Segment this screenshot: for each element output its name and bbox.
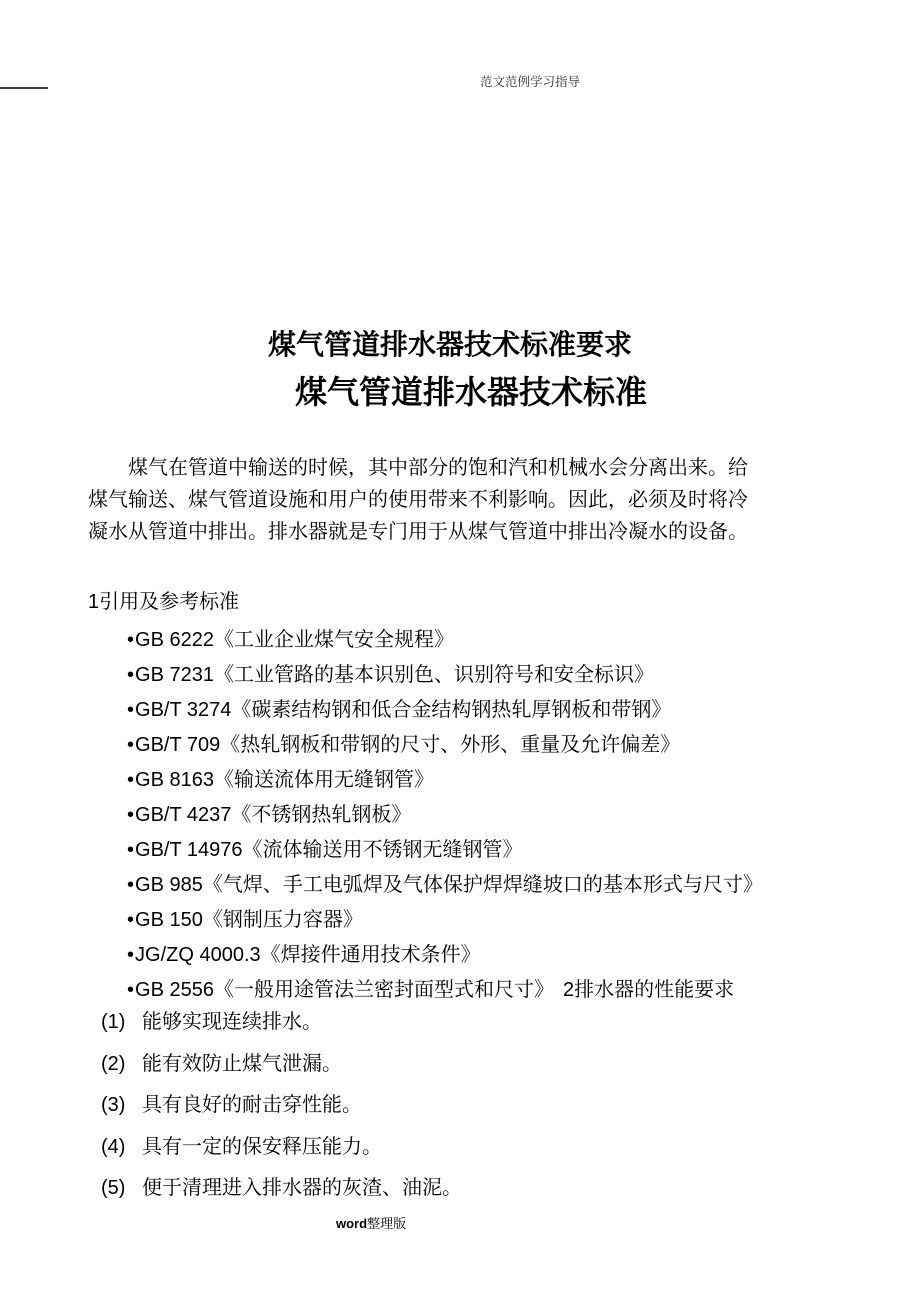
bullet-glyph: • <box>127 664 134 686</box>
requirement-number: (2) <box>101 1046 142 1082</box>
bullet-glyph: • <box>127 979 134 1001</box>
bullet-glyph: • <box>127 734 134 756</box>
standard-list-item: •GB 8163《输送流体用无缝钢管》 <box>127 763 748 798</box>
standard-text: GB 8163《输送流体用无缝钢管》 <box>135 769 434 791</box>
requirement-number: (4) <box>101 1129 142 1165</box>
footer-text: 整理版 <box>367 1216 406 1231</box>
document-title: 煤气管道排水器技术标准要求 <box>120 327 780 363</box>
requirement-text: 具有良好的耐击穿性能。 <box>142 1087 362 1123</box>
standard-list-item: •GB/T 14976《流体输送用不锈钢无缝钢管》 <box>127 833 748 868</box>
requirement-text: 便于清理进入排水器的灰渣、油泥。 <box>142 1170 462 1206</box>
bullet-glyph: • <box>127 769 134 791</box>
intro-paragraph: 煤气在管道中输送的时候，其中部分的饱和汽和机械水会分离出来。给煤气输送、煤气管道… <box>88 452 748 548</box>
requirement-text: 能够实现连续排水。 <box>142 1004 322 1040</box>
standard-list-item: •GB 6222《工业企业煤气安全规程》 <box>127 623 748 658</box>
bullet-glyph: • <box>127 839 134 861</box>
footer-word-label: word <box>336 1216 367 1231</box>
requirement-number: (5) <box>101 1170 142 1206</box>
bullet-glyph: • <box>127 944 134 966</box>
standard-list-item: •GB/T 709《热轧钢板和带钢的尺寸、外形、重量及允许偏差》 <box>127 728 748 763</box>
requirement-list-item: (5)便于清理进入排水器的灰渣、油泥。 <box>101 1170 748 1206</box>
standard-list-item: •GB/T 4237《不锈钢热轧钢板》 <box>127 798 748 833</box>
page-footer: word整理版 <box>336 1216 406 1232</box>
requirement-text: 具有一定的保安释压能力。 <box>142 1129 382 1165</box>
document-subtitle: 煤气管道排水器技术标准 <box>141 370 801 414</box>
document-page: { "page_header": { "text": "范文范例学习指导" },… <box>0 0 920 1303</box>
requirement-list-item: (1)能够实现连续排水。 <box>101 1004 748 1040</box>
bullet-glyph: • <box>127 629 134 651</box>
standard-text: GB 150《钢制压力容器》 <box>135 909 363 931</box>
standard-list-item: •GB 985《气焊、手工电弧焊及气体保护焊焊缝坡口的基本形式与尺寸》 <box>127 868 748 903</box>
standard-text: GB/T 709《热轧钢板和带钢的尺寸、外形、重量及允许偏差》 <box>135 734 680 756</box>
standard-text: GB 2556《一般用途管法兰密封面型式和尺寸》 <box>135 979 554 1001</box>
requirement-list-item: (2)能有效防止煤气泄漏。 <box>101 1046 748 1082</box>
standard-text: GB 7231《工业管路的基本识别色、识别符号和安全标识》 <box>135 664 654 686</box>
standard-list-item: •JG/ZQ 4000.3《焊接件通用技术条件》 <box>127 938 748 973</box>
standard-text: GB 985《气焊、手工电弧焊及气体保护焊焊缝坡口的基本形式与尺寸》 <box>135 874 763 896</box>
standard-list-item: •GB 150《钢制压力容器》 <box>127 903 748 938</box>
requirement-number: (3) <box>101 1087 142 1123</box>
standard-text: GB/T 3274《碳素结构钢和低合金结构钢热轧厚钢板和带钢》 <box>135 699 671 721</box>
standard-text: GB/T 14976《流体输送用不锈钢无缝钢管》 <box>135 839 522 861</box>
requirement-text: 能有效防止煤气泄漏。 <box>142 1046 342 1082</box>
requirements-list: (1)能够实现连续排水。(2)能有效防止煤气泄漏。(3)具有良好的耐击穿性能。(… <box>88 1004 748 1206</box>
standard-text: GB/T 4237《不锈钢热轧钢板》 <box>135 804 411 826</box>
standard-list-item: •GB/T 3274《碳素结构钢和低合金结构钢热轧厚钢板和带钢》 <box>127 693 748 728</box>
bullet-glyph: • <box>127 699 134 721</box>
requirement-list-item: (4)具有一定的保安释压能力。 <box>101 1129 748 1165</box>
document-body: 煤气管道排水器技术标准要求 煤气管道排水器技术标准 煤气在管道中输送的时候，其中… <box>88 0 748 1212</box>
standard-list-item: •GB 2556《一般用途管法兰密封面型式和尺寸》2排水器的性能要求 <box>127 973 748 1008</box>
section-1-heading: 1引用及参考标准 <box>88 586 748 618</box>
bullet-glyph: • <box>127 874 134 896</box>
bullet-glyph: • <box>127 804 134 826</box>
requirement-list-item: (3)具有良好的耐击穿性能。 <box>101 1087 748 1123</box>
standard-text: JG/ZQ 4000.3《焊接件通用技术条件》 <box>135 944 481 966</box>
requirement-number: (1) <box>101 1004 142 1040</box>
top-left-rule <box>0 87 48 89</box>
standard-list-item: •GB 7231《工业管路的基本识别色、识别符号和安全标识》 <box>127 658 748 693</box>
section-2-heading: 2排水器的性能要求 <box>563 979 734 1001</box>
standards-list: •GB 6222《工业企业煤气安全规程》•GB 7231《工业管路的基本识别色、… <box>88 623 748 1008</box>
bullet-glyph: • <box>127 909 134 931</box>
standard-text: GB 6222《工业企业煤气安全规程》 <box>135 629 454 651</box>
